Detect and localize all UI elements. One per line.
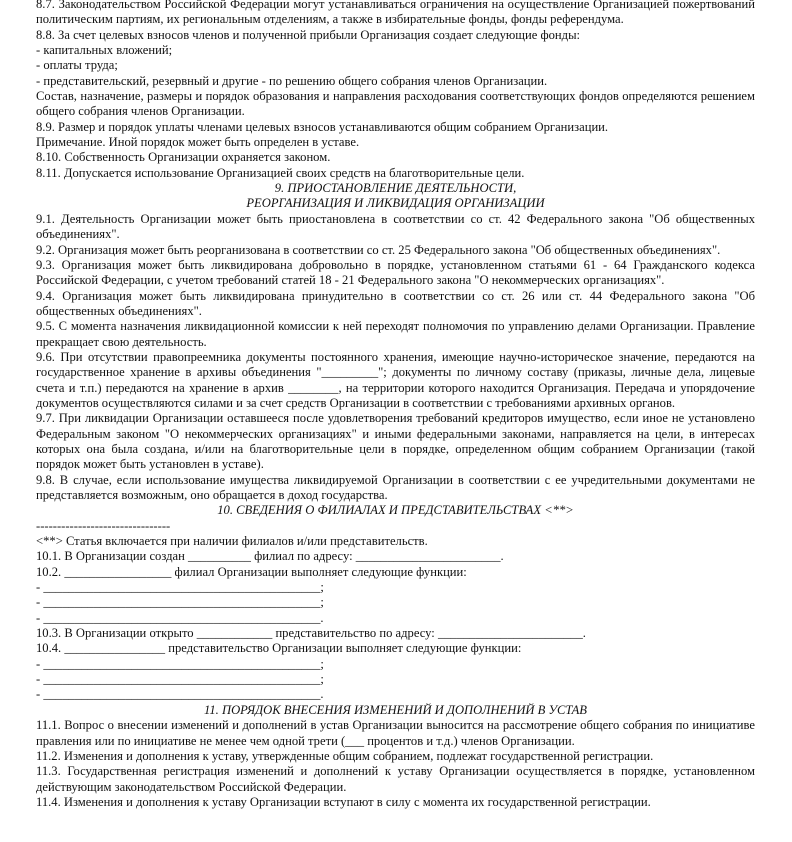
paragraph-11-4: 11.4. Изменения и дополнения к уставу Ор…: [36, 795, 755, 810]
blank-function-line: - ______________________________________…: [36, 657, 755, 672]
paragraph-8-8: 8.8. За счет целевых взносов членов и по…: [36, 28, 755, 43]
list-item-labor: - оплаты труда;: [36, 58, 755, 73]
blank-function-line: - ______________________________________…: [36, 611, 755, 626]
paragraph-9-1: 9.1. Деятельность Организации может быть…: [36, 212, 755, 243]
document-page: 8.7. Законодательством Российской Федера…: [36, 0, 755, 810]
line-10-2: 10.2. _________________ филиал Организац…: [36, 565, 755, 580]
section-9-heading-line1: 9. ПРИОСТАНОВЛЕНИЕ ДЕЯТЕЛЬНОСТИ,: [36, 181, 755, 196]
paragraph-9-6: 9.6. При отсутствии правопреемника докум…: [36, 350, 755, 411]
paragraph-11-2: 11.2. Изменения и дополнения к уставу, у…: [36, 749, 755, 764]
paragraph-11-1: 11.1. Вопрос о внесении изменений и допо…: [36, 718, 755, 749]
paragraph-9-3: 9.3. Организация может быть ликвидирован…: [36, 258, 755, 289]
section-10-heading: 10. СВЕДЕНИЯ О ФИЛИАЛАХ И ПРЕДСТАВИТЕЛЬС…: [36, 503, 755, 518]
paragraph-11-3: 11.3. Государственная регистрация измене…: [36, 764, 755, 795]
line-10-4: 10.4. ________________ представительство…: [36, 641, 755, 656]
line-10-1: 10.1. В Организации создан __________ фи…: [36, 549, 755, 564]
line-10-3: 10.3. В Организации открыто ____________…: [36, 626, 755, 641]
blank-function-line: - ______________________________________…: [36, 595, 755, 610]
paragraph-8-9: 8.9. Размер и порядок уплаты членами цел…: [36, 120, 755, 135]
paragraph-9-2: 9.2. Организация может быть реорганизова…: [36, 243, 755, 258]
paragraph-8-11: 8.11. Допускается использование Организа…: [36, 166, 755, 181]
blank-function-line: - ______________________________________…: [36, 580, 755, 595]
paragraph-8-10: 8.10. Собственность Организации охраняет…: [36, 150, 755, 165]
blank-function-line: - ______________________________________…: [36, 672, 755, 687]
paragraph-funds-composition: Состав, назначение, размеры и порядок об…: [36, 89, 755, 120]
section-9-heading-line2: РЕОРГАНИЗАЦИЯ И ЛИКВИДАЦИЯ ОРГАНИЗАЦИИ: [36, 196, 755, 211]
footnote-separator: --------------------------------: [36, 519, 755, 534]
blank-function-line: - ______________________________________…: [36, 687, 755, 702]
paragraph-9-5: 9.5. С момента назначения ликвидационной…: [36, 319, 755, 350]
section-11-heading: 11. ПОРЯДОК ВНЕСЕНИЯ ИЗМЕНЕНИЙ И ДОПОЛНЕ…: [36, 703, 755, 718]
footnote: <**> Статья включается при наличии филиа…: [36, 534, 755, 549]
note: Примечание. Иной порядок может быть опре…: [36, 135, 755, 150]
paragraph-9-8: 9.8. В случае, если использование имущес…: [36, 473, 755, 504]
paragraph-9-7: 9.7. При ликвидации Организации оставшее…: [36, 411, 755, 472]
paragraph-8-7: 8.7. Законодательством Российской Федера…: [36, 0, 755, 28]
paragraph-9-4: 9.4. Организация может быть ликвидирован…: [36, 289, 755, 320]
list-item-capital: - капитальных вложений;: [36, 43, 755, 58]
list-item-representative: - представительский, резервный и другие …: [36, 74, 755, 89]
